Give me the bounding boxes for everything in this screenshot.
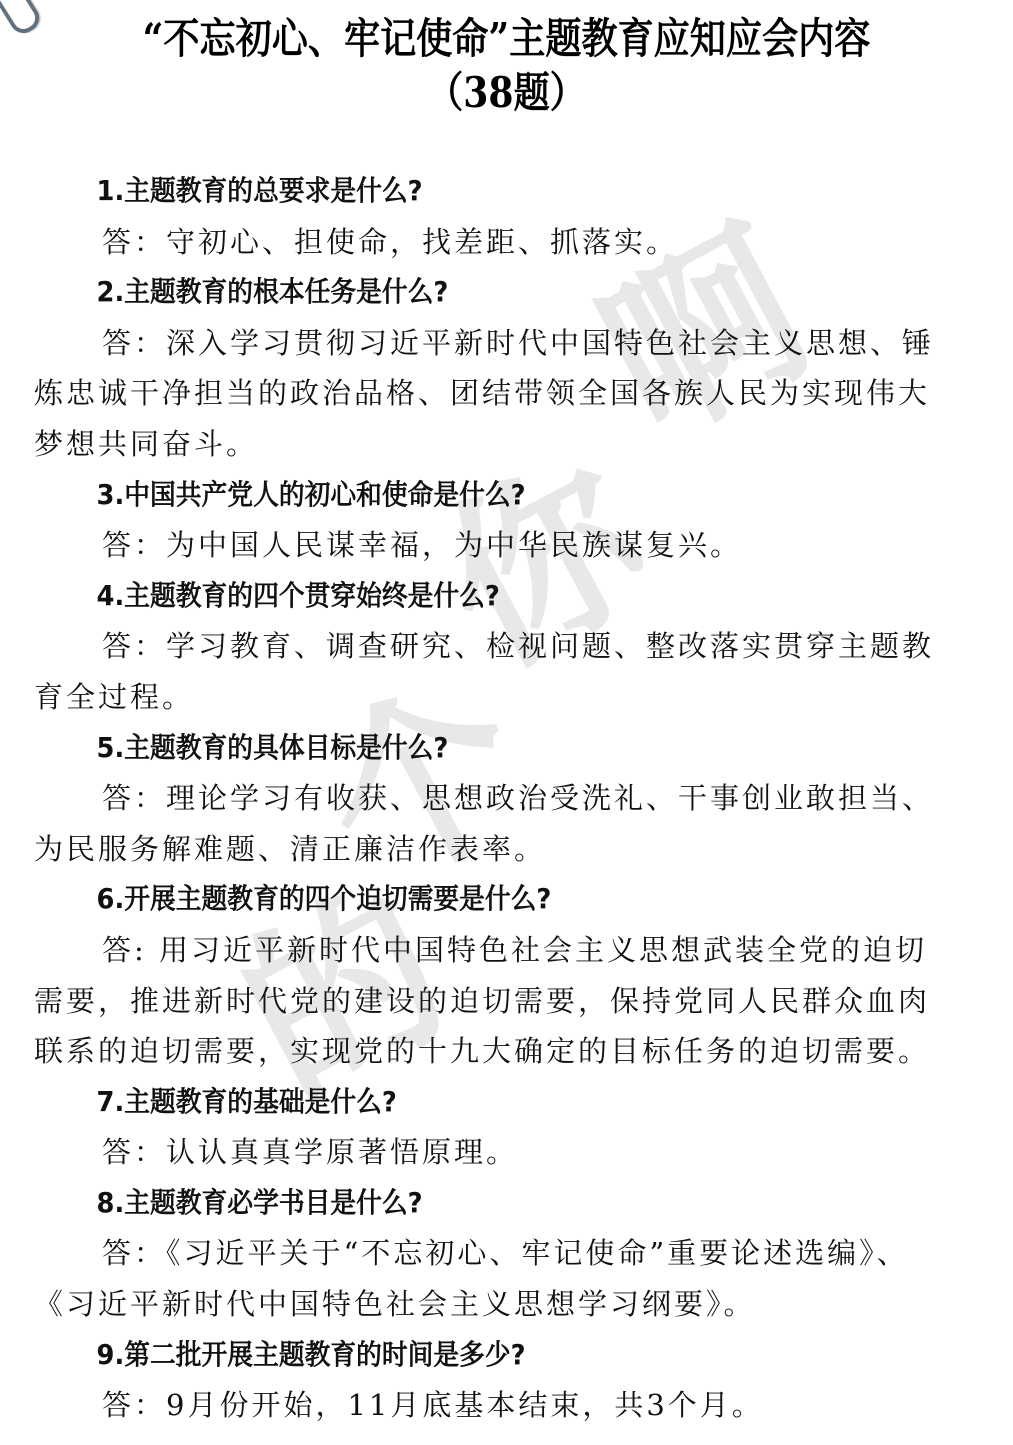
answer-2-line-1: 答：深入学习贯彻习近平新时代中国特色社会主义思想、锤 <box>34 318 994 369</box>
question-6: 6.开展主题教育的四个迫切需要是什么? <box>34 874 917 925</box>
question-9: 9.第二批开展主题教育的时间是多少? <box>34 1330 917 1381</box>
document-page: 啊 你 个 的 “不忘初心、牢记使命”主题教育应知应会内容 （38题） 1.主题… <box>0 0 1013 1445</box>
answer-1-line-1: 答：守初心、担使命，找差距、抓落实。 <box>34 217 994 268</box>
question-1: 1.主题教育的总要求是什么? <box>34 166 917 217</box>
answer-7-line-1: 答：认认真真学原著悟原理。 <box>34 1127 994 1178</box>
answer-2-line-2: 炼忠诚干净担当的政治品格、团结带领全国各族人民为实现伟大 <box>34 368 994 419</box>
answer-4-line-2: 育全过程。 <box>34 672 994 723</box>
answer-6-line-2: 需要，推进新时代党的建设的迫切需要，保持党同人民群众血肉 <box>34 976 994 1027</box>
answer-2-line-3: 梦想共同奋斗。 <box>34 419 994 470</box>
answer-8-line-2: 《习近平新时代中国特色社会主义思想学习纲要》。 <box>34 1279 994 1330</box>
question-5: 5.主题教育的具体目标是什么? <box>34 723 917 774</box>
question-7: 7.主题教育的基础是什么? <box>34 1077 917 1128</box>
paperclip-icon <box>0 0 44 38</box>
answer-9-line-1: 答：9月份开始，11月底基本结束，共3个月。 <box>34 1380 994 1431</box>
qa-list: 1.主题教育的总要求是什么? 答：守初心、担使命，找差距、抓落实。 2.主题教育… <box>34 166 994 1431</box>
answer-4-line-1: 答：学习教育、调查研究、检视问题、整改落实贯穿主题教 <box>34 621 994 672</box>
answer-8-line-1: 答：《习近平关于“不忘初心、牢记使命”重要论述选编》、 <box>34 1228 994 1279</box>
answer-6-line-3: 联系的迫切需要，实现党的十九大确定的目标任务的迫切需要。 <box>34 1026 994 1077</box>
title-main: “不忘初心、牢记使命”主题教育应知应会内容 <box>143 14 871 63</box>
question-3: 3.中国共产党人的初心和使命是什么? <box>34 470 917 521</box>
document-title: “不忘初心、牢记使命”主题教育应知应会内容 （38题） <box>71 14 942 118</box>
answer-3-line-1: 答：为中国人民谋幸福，为中华民族谋复兴。 <box>34 520 994 571</box>
question-8: 8.主题教育必学书目是什么? <box>34 1178 917 1229</box>
answer-5-line-2: 为民服务解难题、清正廉洁作表率。 <box>34 824 994 875</box>
question-4: 4.主题教育的四个贯穿始终是什么? <box>34 571 917 622</box>
question-2: 2.主题教育的根本任务是什么? <box>34 267 917 318</box>
title-count: （38题） <box>71 68 942 118</box>
answer-6-line-1: 答: 用习近平新时代中国特色社会主义思想武装全党的迫切 <box>34 925 994 976</box>
answer-5-line-1: 答：理论学习有收获、思想政治受洗礼、干事创业敢担当、 <box>34 773 994 824</box>
